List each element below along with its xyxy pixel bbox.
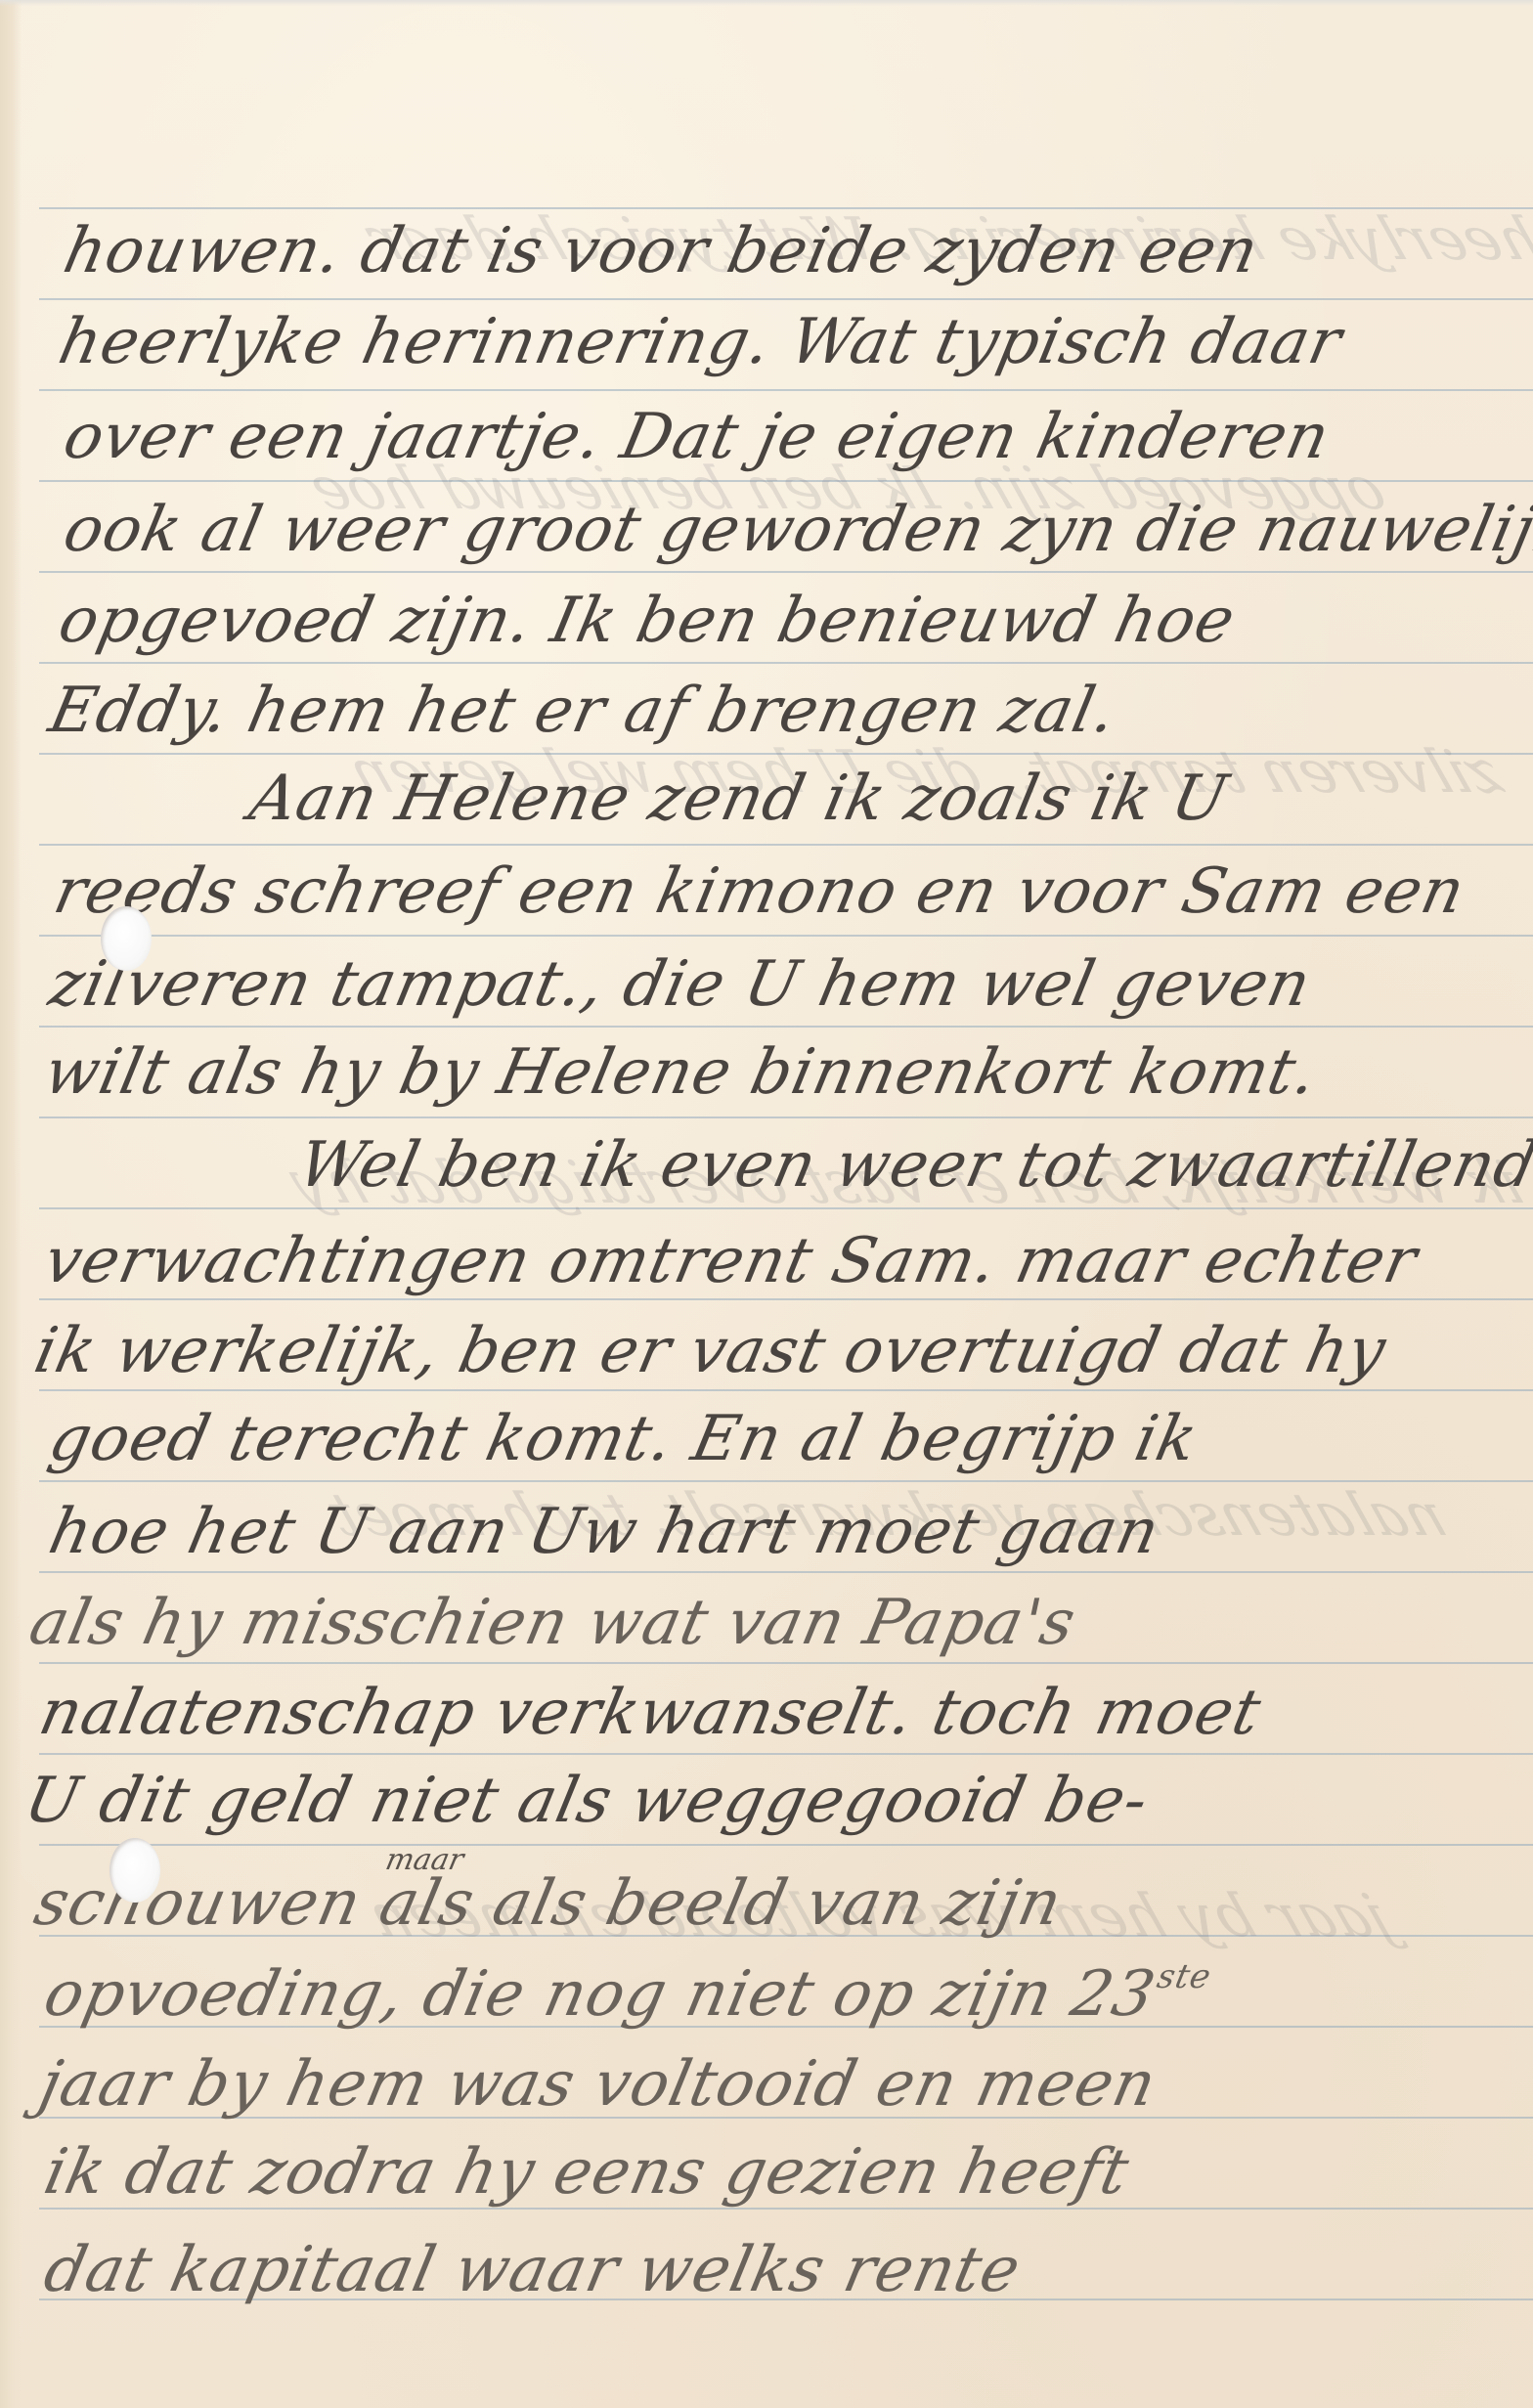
letter-line: houwen. dat is voor beide zyden een	[59, 220, 1264, 283]
letter-line: reeds schreef een kimono en voor Sam een	[49, 860, 1470, 923]
ruled-line	[39, 662, 1533, 664]
ruled-line	[39, 1116, 1533, 1118]
letter-line: opgevoed zijn. Ik ben benieuwd hoe	[54, 590, 1241, 652]
letter-line: jaar by hem was voltooid en meen	[34, 2053, 1161, 2116]
letter-line: wilt als hy by Helene binnenkort komt.	[39, 1041, 1323, 1104]
letter-line: Wel ben ik even weer tot zwaartillende	[293, 1134, 1533, 1197]
superscript-ste: ste	[1154, 1957, 1215, 1996]
letter-line: hoe het U aan Uw hart moet gaan	[44, 1501, 1165, 1563]
letter-line: nalatenschap verkwanselt. toch moet	[34, 1682, 1266, 1744]
punch-hole	[101, 906, 152, 971]
letter-line: ik werkelijk, ben er vast overtuigd dat …	[29, 1320, 1391, 1382]
letter-line-text: opvoeding, die nog niet op zijn 23	[38, 1958, 1161, 2031]
ruled-line	[39, 935, 1533, 937]
ruled-line	[39, 1753, 1533, 1755]
ruled-line	[39, 571, 1533, 573]
letter-line: opvoeding, die nog niet op zijn 23ste	[39, 1960, 1214, 2026]
ruled-line	[39, 1026, 1533, 1028]
ruled-line	[39, 844, 1533, 846]
punch-hole	[109, 1838, 160, 1903]
page-edge-top	[0, 0, 1533, 6]
ruled-line	[39, 298, 1533, 300]
ruled-line	[39, 1662, 1533, 1664]
letter-line: Eddy. hem het er af brengen zal.	[44, 679, 1122, 742]
letter-page: heerlyke herinnering. Wat typisch daar o…	[0, 0, 1533, 2408]
ruled-line	[39, 1844, 1533, 1846]
letter-line: heerlyke herinnering. Wat typisch daar	[54, 311, 1347, 373]
letter-line: als hy misschien wat van Papa's	[24, 1592, 1081, 1654]
ruled-line	[39, 389, 1533, 391]
letter-line: dat kapitaal waar welks rente	[39, 2239, 1026, 2301]
letter-line: goed terecht komt. En al begrijp ik	[44, 1408, 1203, 1470]
ruled-line	[39, 1571, 1533, 1573]
page-edge-left	[0, 0, 22, 2408]
letter-line: zilveren tampat., die U hem wel geven	[44, 953, 1316, 1016]
letter-line: schouwen als als beeld van zijn	[29, 1872, 1068, 1935]
letter-line: over een jaartje. Dat je eigen kinderen	[59, 406, 1336, 468]
letter-line: U dit geld niet als weggegooid be-	[20, 1770, 1154, 1832]
letter-line: ook al weer groot geworden zyn die nauwe…	[59, 499, 1533, 561]
ruled-line	[39, 1298, 1533, 1300]
letter-line: ik dat zodra hy eens gezien heeft	[39, 2141, 1134, 2204]
letter-line: Aan Helene zend ik zoals ik U	[244, 767, 1233, 830]
letter-line: verwachtingen omtrent Sam. maar echter	[39, 1230, 1423, 1292]
ruled-line	[39, 1389, 1533, 1391]
